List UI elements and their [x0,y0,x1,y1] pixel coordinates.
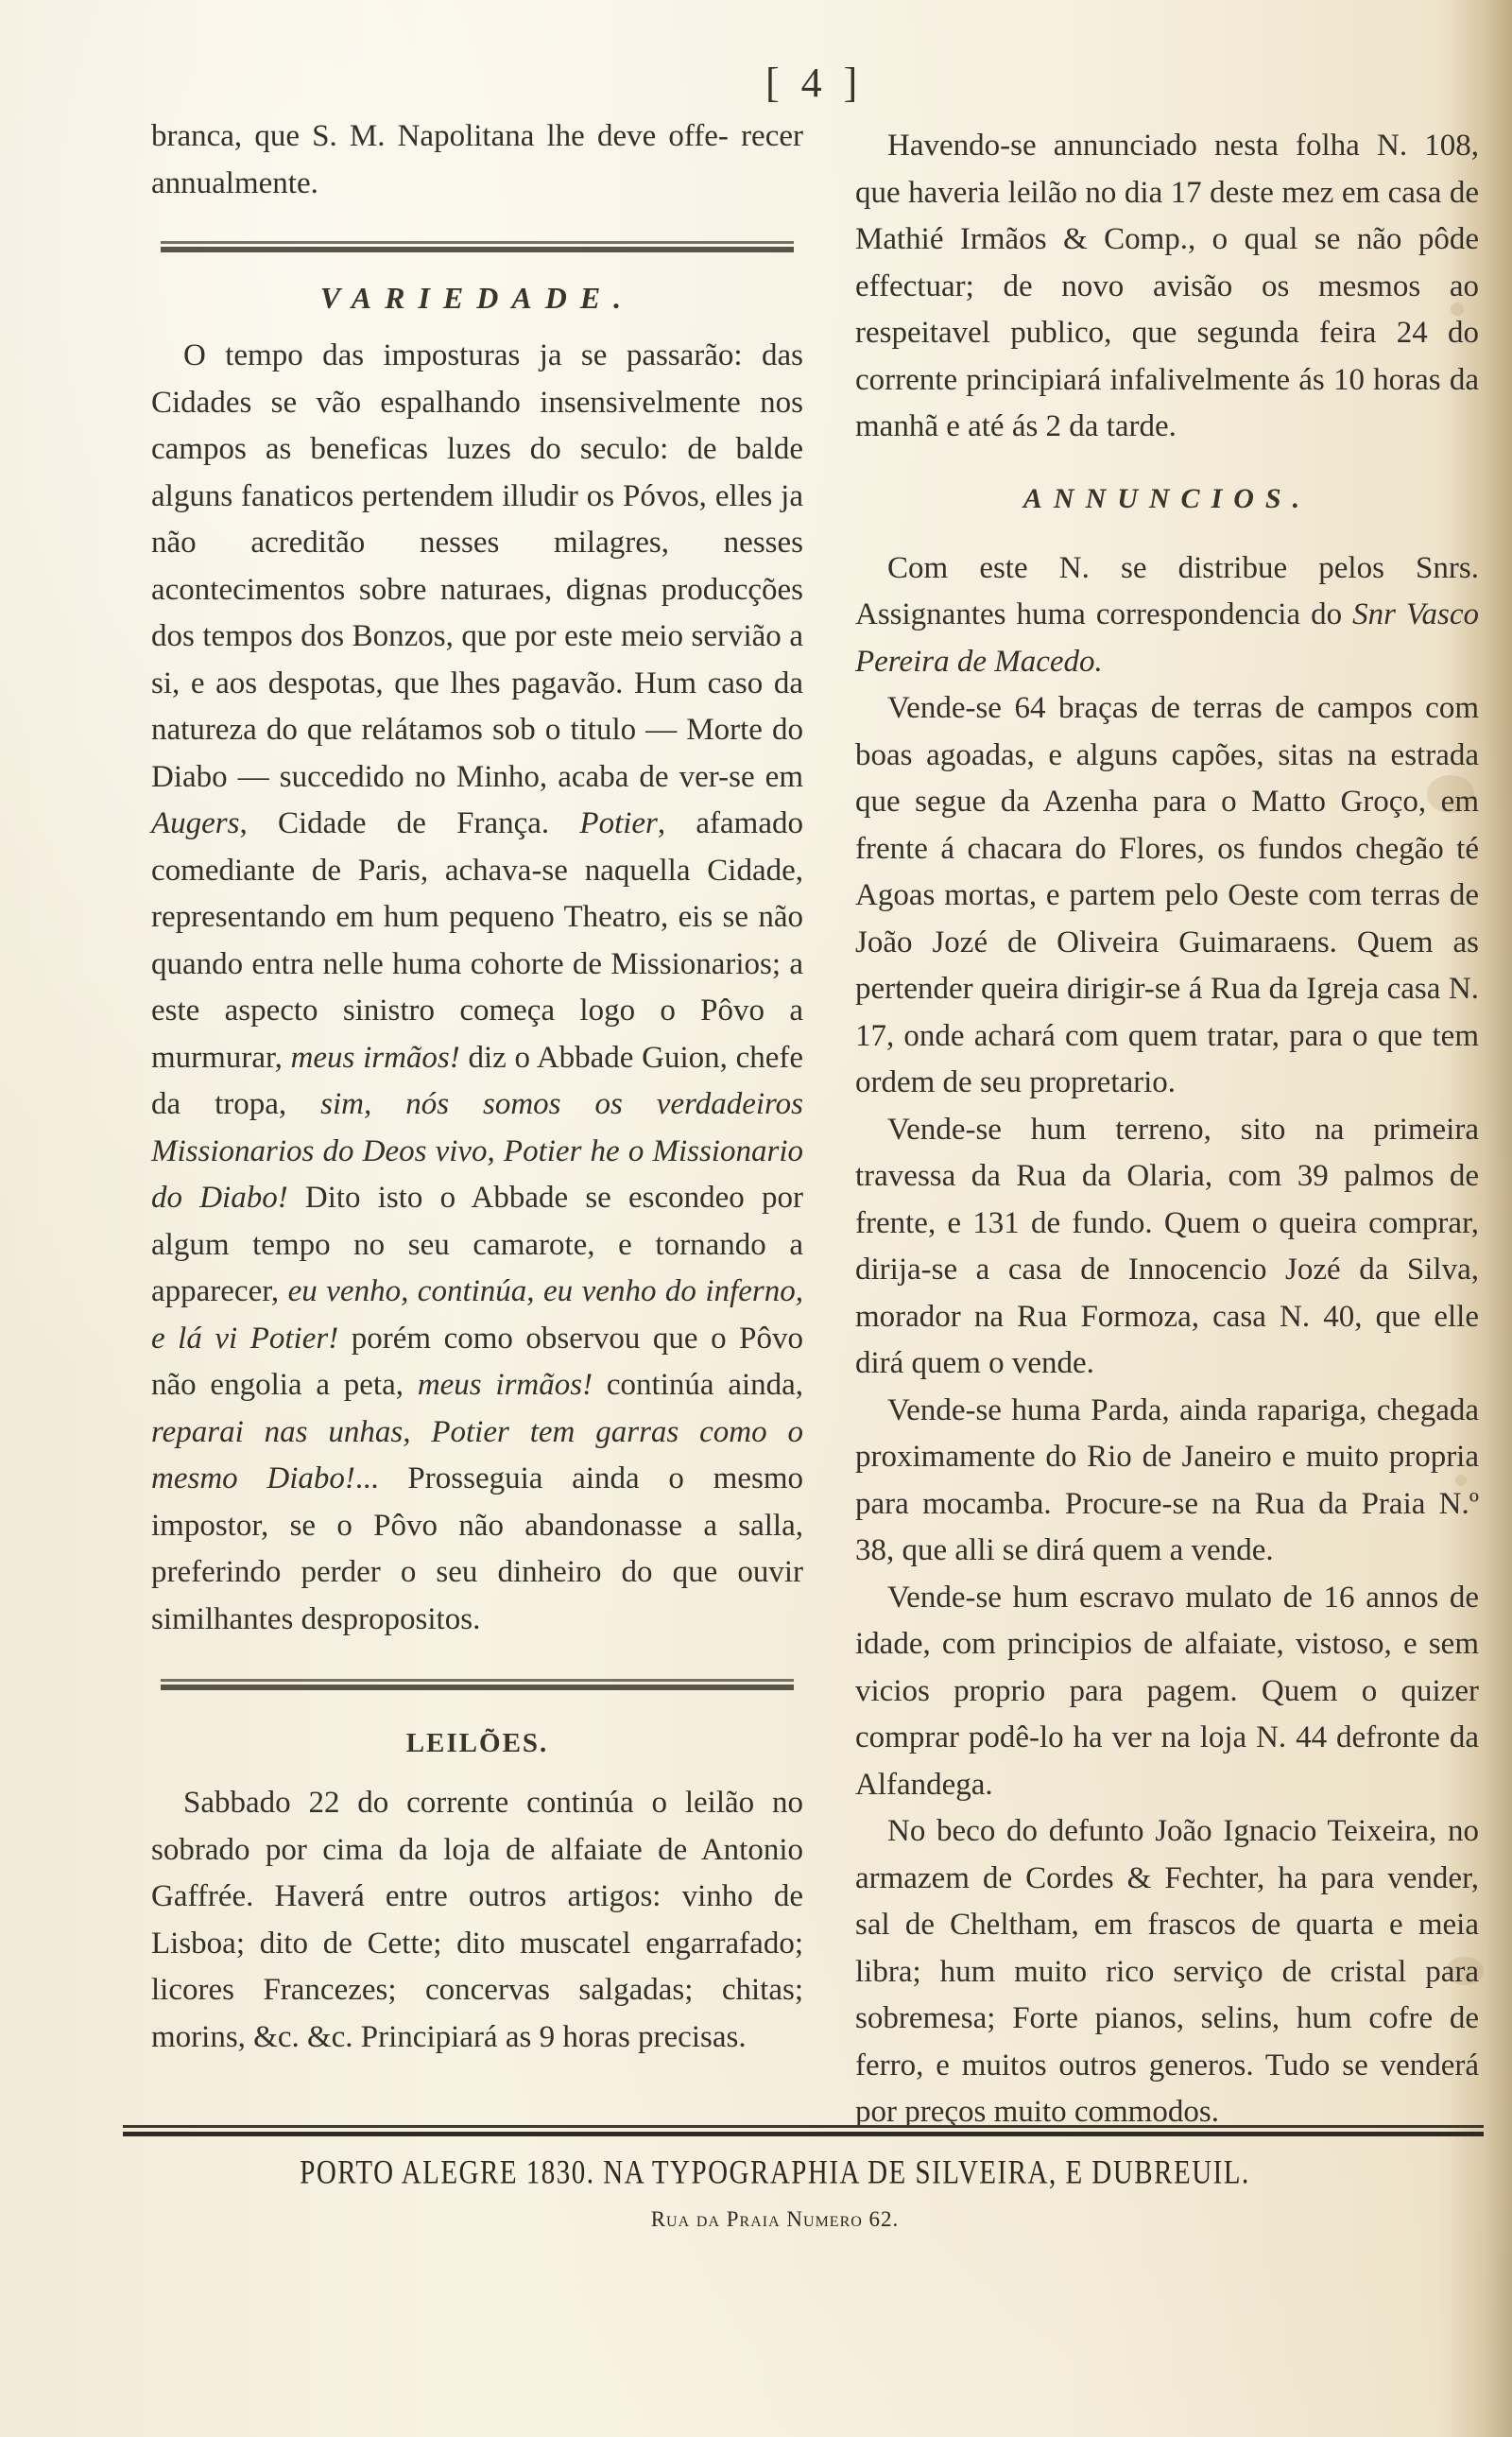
continuation-text: branca, que S. M. Napolitana lhe deve of… [151,113,803,207]
section-heading-annuncios: ANNUNCIOS. [855,483,1479,515]
advertisement: Vende-se hum terreno, sito na primeira t… [855,1107,1479,1388]
footer-divider [123,2125,1484,2136]
place-name: Augers [151,806,240,840]
section-heading-leiloes: LEILÕES. [151,1728,803,1759]
variedade-article: O tempo das imposturas ja se passarão: d… [151,333,803,1643]
advertisement: Vende-se hum escravo mulato de 16 annos … [855,1575,1479,1809]
leiloes-article: Sabbado 22 do corrente continúa o leilão… [151,1780,803,2061]
page-number: [ 4 ] [765,59,863,107]
left-column: branca, que S. M. Napolitana lhe deve of… [151,113,803,2061]
section-heading-variedade: VARIEDADE. [151,281,803,316]
printer-imprint: PORTO ALEGRE 1830. NA TYPOGRAPHIA DE SIL… [170,2153,1380,2192]
advertisement: Vende-se huma Parda, ainda rapariga, che… [855,1388,1479,1575]
advertisement: Vende-se 64 braças de terras de campos c… [855,685,1479,1107]
person-name: Potier [579,806,657,840]
auction-notice: Havendo-se annunciado nesta folha N. 108… [855,123,1479,451]
advertisement: No beco do defunto João Ignacio Teixeira… [855,1808,1479,2136]
printer-address: Rua da Praia Numero 62. [170,2207,1380,2232]
right-column: Havendo-se annunciado nesta folha N. 108… [855,123,1479,2136]
newspaper-page: [ 4 ] branca, que S. M. Napolitana lhe d… [0,0,1512,2437]
section-divider [151,207,803,281]
advertisement: Com este N. se distribue pelos Snrs. Ass… [855,545,1479,686]
section-divider [151,1643,803,1728]
